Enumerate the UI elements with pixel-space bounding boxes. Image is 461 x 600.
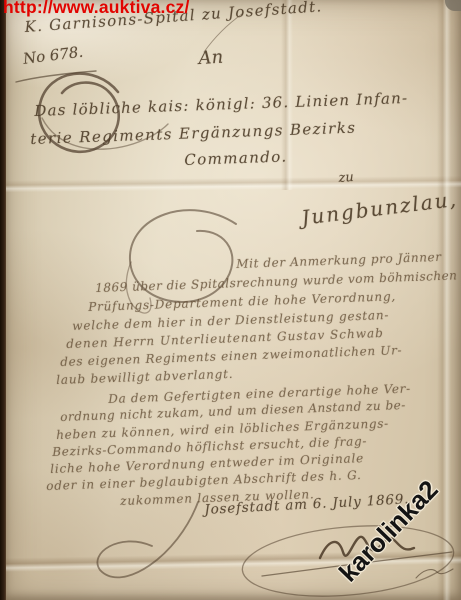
address-line-3: Commando. <box>184 147 288 169</box>
salutation-an: An <box>198 47 224 69</box>
address-line-4: zu <box>338 170 354 186</box>
scanned-letter: K. Garnisons-Spital zu Josefstadt. No 67… <box>0 0 461 600</box>
scan-edge-left <box>0 0 6 600</box>
auction-url-watermark: http://www.auktiva.cz/ <box>3 0 190 18</box>
